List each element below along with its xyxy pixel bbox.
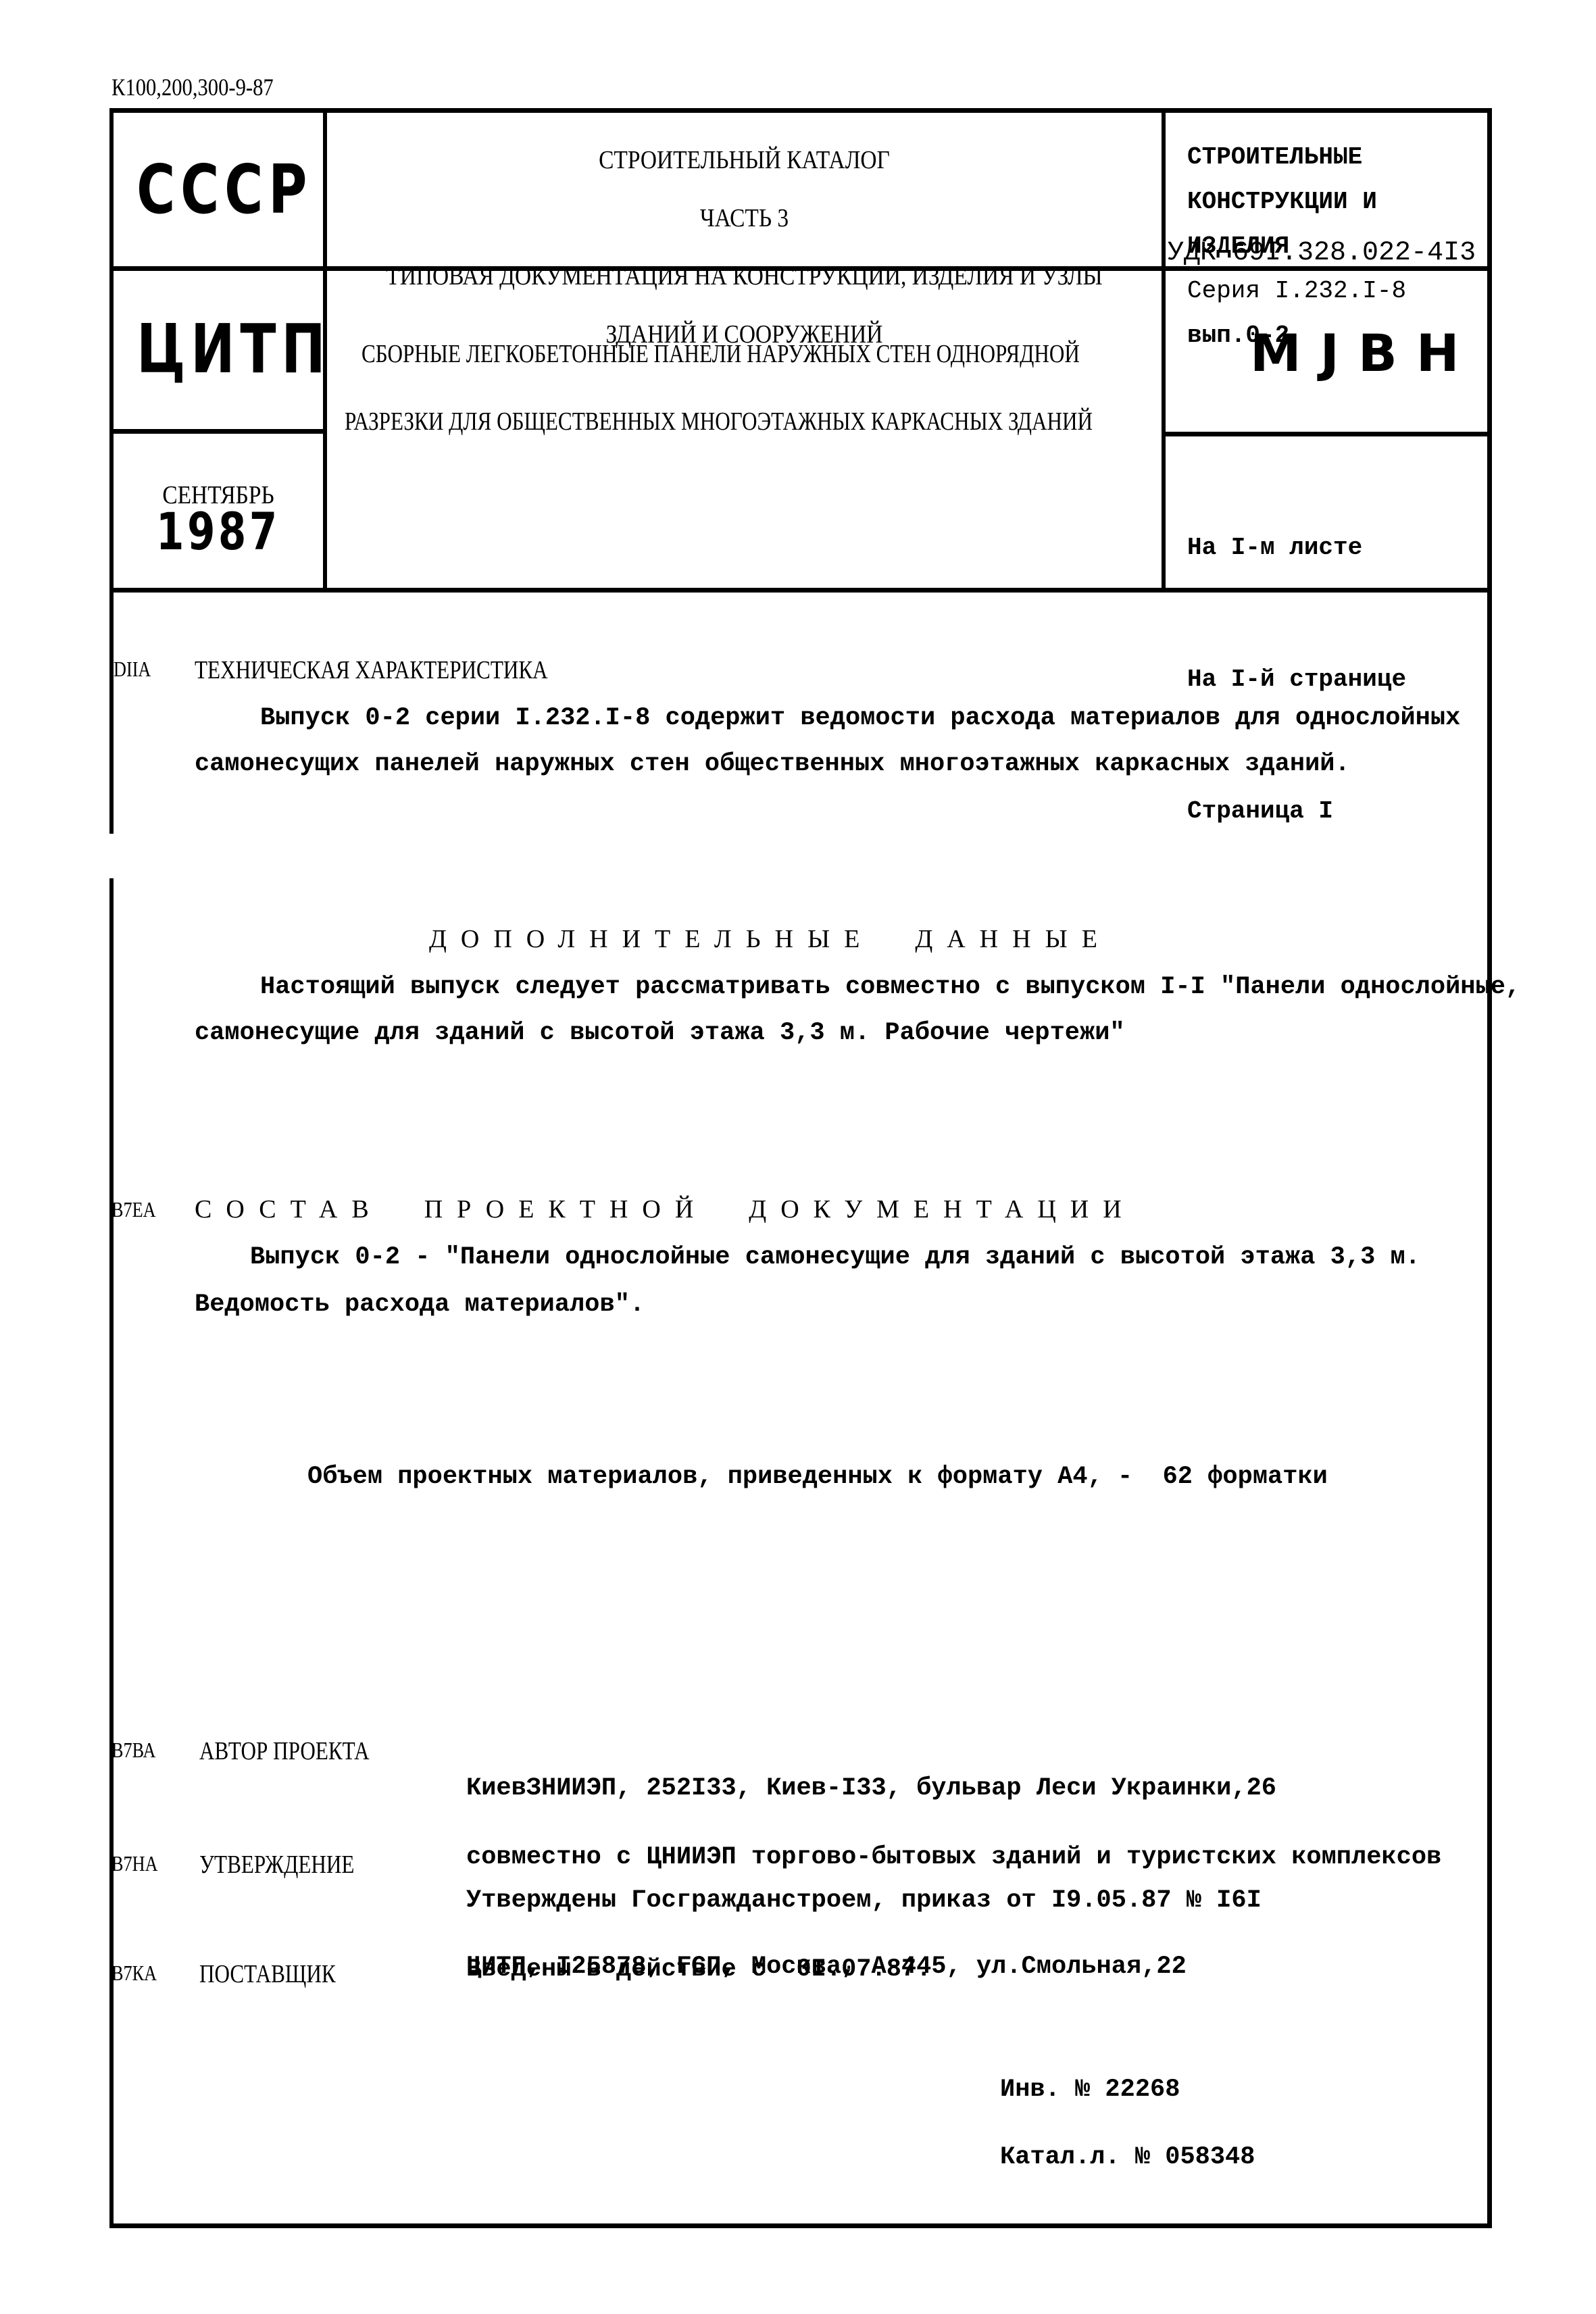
author-label: АВТОР ПРОЕКТА <box>199 1736 370 1766</box>
additional-section-title: ДОПОЛНИТЕЛЬНЫЕ ДАННЫЕ <box>429 924 1112 954</box>
document-title-line-2: РАЗРЕЗКИ ДЛЯ ОБЩЕСТВЕННЫХ МНОГОЭТАЖНЫХ К… <box>345 407 1093 436</box>
country-logo: СССР <box>136 150 300 229</box>
catalog-title-line: ТИПОВАЯ ДОКУМЕНТАЦИЯ НА КОНСТРУКЦИИ, ИЗД… <box>377 259 1112 293</box>
technical-text-line: самонесущих панелей наружных стен общест… <box>195 750 1350 778</box>
composition-section-title: СОСТАВ ПРОЕКТНОЙ ДОКУМЕНТАЦИИ <box>195 1194 1136 1224</box>
organization-logo: ЦИТП <box>136 309 300 388</box>
catalog-title-line: СТРОИТЕЛЬНЫЙ КАТАЛОГ <box>377 143 1112 177</box>
approval-code: В7НА <box>111 1851 158 1876</box>
supplier-line: ЦИТП, I25878, ГСП, Москва, А-445, ул.Смо… <box>466 1953 1187 1981</box>
composition-text-line: Выпуск 0-2 - "Панели однослойные самонес… <box>250 1243 1420 1272</box>
header-row-divider-right <box>1162 432 1492 436</box>
udk-code: УДК 69I.328.022-4I3 <box>1168 238 1476 268</box>
inventory-number: Инв. № 22268 <box>1000 2076 1180 2104</box>
technical-section-title: ТЕХНИЧЕСКАЯ ХАРАКТЕРИСТИКА <box>195 655 548 685</box>
volume-text: Объем проектных материалов, приведенных … <box>307 1463 1328 1491</box>
issue-year: 1987 <box>136 501 300 561</box>
supplier-code: В7КА <box>111 1961 157 1986</box>
approval-label: УТВЕРЖДЕНИЕ <box>199 1850 354 1880</box>
border-gap <box>108 834 116 878</box>
author-line: КиевЗНИИЭП, 252I33, Киев-I33, бульвар Ле… <box>466 1777 1441 1800</box>
section-line: СТРОИТЕЛЬНЫЕ <box>1187 147 1406 168</box>
page-line: На I-й странице <box>1187 657 1406 701</box>
catalog-sheet-number: Катал.л. № 058348 <box>1000 2143 1255 2171</box>
additional-text-line: самонесущие для зданий с высотой этажа 3… <box>195 1019 1125 1047</box>
section-line: КОНСТРУКЦИИ И <box>1187 192 1406 212</box>
additional-text-line: Настоящий выпуск следует рассматривать с… <box>260 973 1520 1001</box>
author-code: В7ВА <box>111 1738 155 1763</box>
page-number: Страница I <box>1187 789 1406 833</box>
approval-line: Утверждены Госгражданстроем, приказ от I… <box>466 1889 1262 1912</box>
header-row-divider-left <box>109 429 326 434</box>
header-divider-right <box>1162 108 1166 592</box>
composition-text-line: Ведомость расхода материалов". <box>195 1290 645 1319</box>
sheet-line: На I-м листе <box>1187 526 1406 570</box>
document-title-line-1: СБОРНЫЕ ЛЕГКОБЕТОННЫЕ ПАНЕЛИ НАРУЖНЫХ СТ… <box>361 339 1080 369</box>
document-code: MJBH <box>1250 323 1478 383</box>
supplier-label: ПОСТАВЩИК <box>199 1959 336 1989</box>
catalog-title: СТРОИТЕЛЬНЫЙ КАТАЛОГ ЧАСТЬ 3 ТИПОВАЯ ДОК… <box>327 119 1162 363</box>
series-line: Серия I.232.I-8 <box>1187 281 1406 301</box>
technical-text-line: Выпуск 0-2 серии I.232.I-8 содержит ведо… <box>260 704 1460 732</box>
catalog-title-line: ЧАСТЬ 3 <box>377 201 1112 235</box>
catalog-code: К100,200,300-9-87 <box>111 73 274 101</box>
technical-section-code: DIIA <box>114 657 151 682</box>
sheet-info: На I-м листе На I-й странице Страница I <box>1187 438 1406 877</box>
composition-section-code: В7ЕА <box>111 1197 156 1222</box>
